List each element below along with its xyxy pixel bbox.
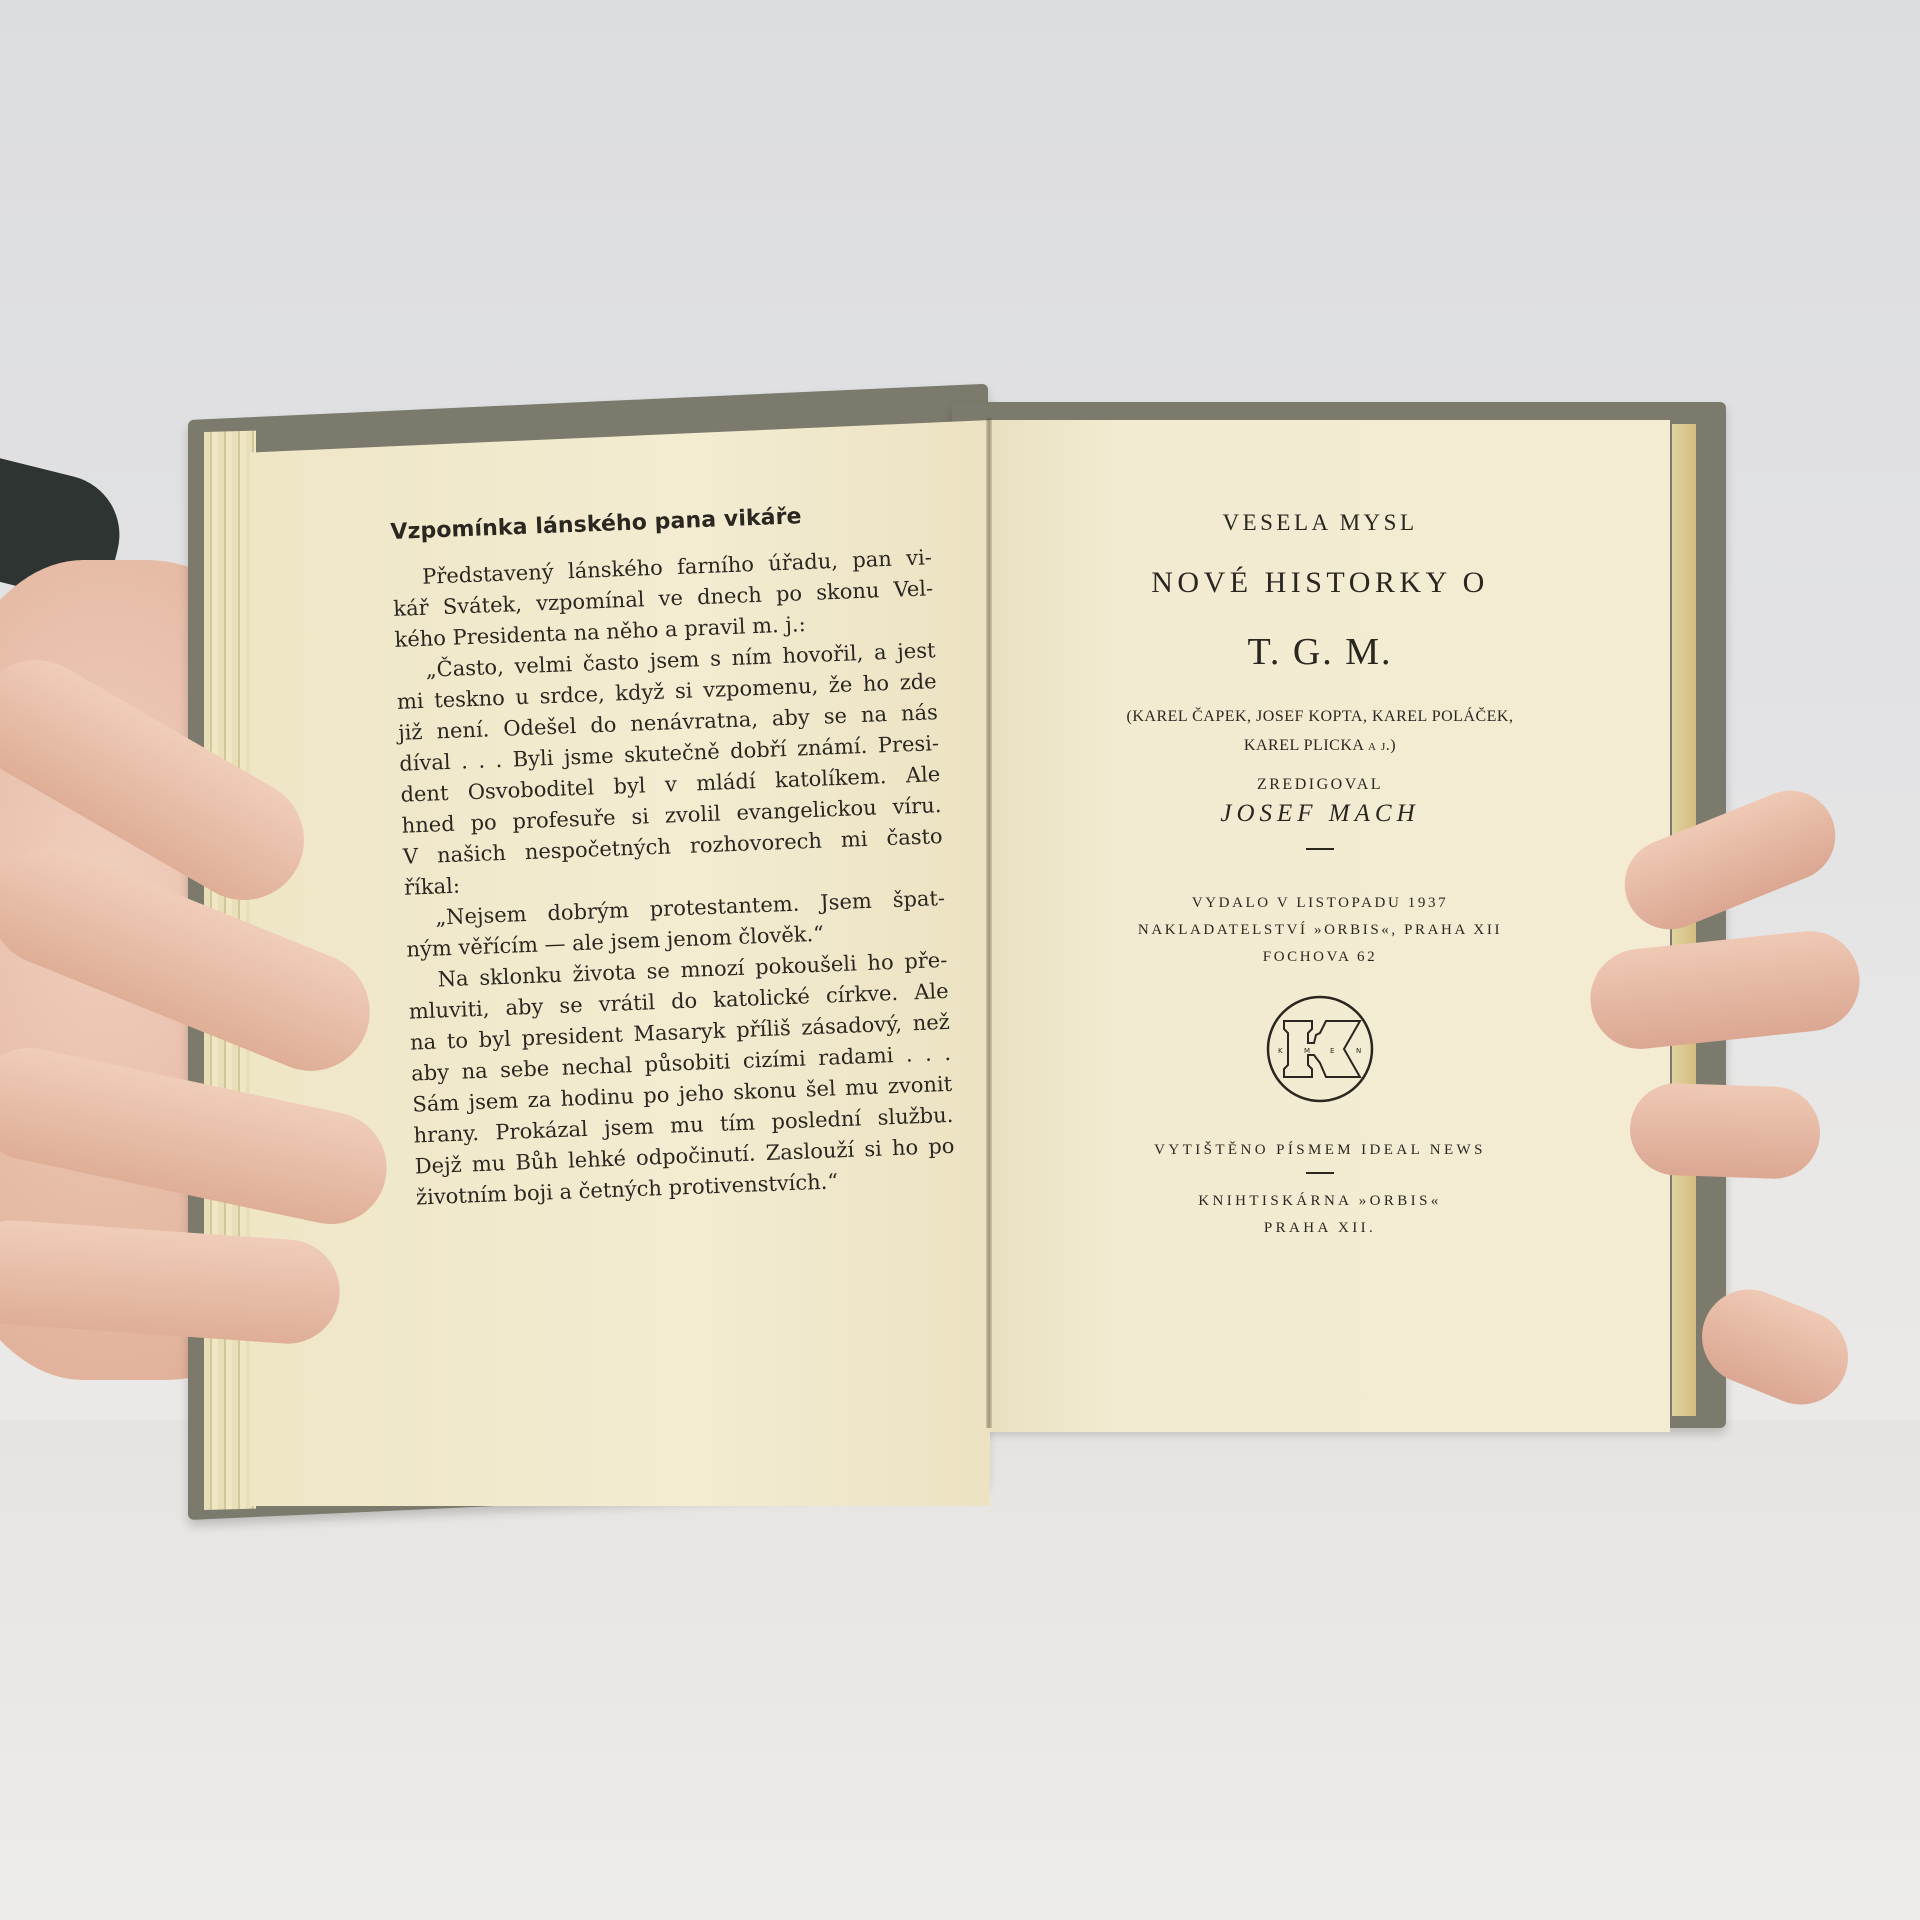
title-page: VESELA MYSL NOVÉ HISTORKY O T. G. M. (KA… (1070, 510, 1570, 1242)
authors: (KAREL ČAPEK, JOSEF KOPTA, KAREL POLÁČEK… (1070, 702, 1570, 760)
imprint-line: VYDALO V LISTOPADU 1937 (1070, 890, 1570, 917)
body-text: Představený lánského farního úřadu, pan … (392, 542, 957, 1213)
editor-name: JOSEF MACH (1070, 800, 1570, 828)
book-title: NOVÉ HISTORKY O (1070, 566, 1570, 600)
svg-text:N: N (1356, 1047, 1361, 1055)
divider (1306, 1172, 1334, 1174)
city-line: PRAHA XII. (1070, 1215, 1570, 1242)
publisher-k-logo-icon: K M E N (1264, 993, 1376, 1105)
svg-text:K: K (1278, 1047, 1283, 1055)
right-finger (1628, 1082, 1821, 1181)
authors-line: KAREL PLICKA a j.) (1070, 731, 1570, 760)
book-subject: T. G. M. (1070, 630, 1570, 674)
imprint-line: NAKLADATELSTVÍ »ORBIS«, PRAHA XII (1070, 917, 1570, 944)
colophon: VYTIŠTĚNO PÍSMEM IDEAL NEWS KNIHTISKÁRNA… (1070, 1137, 1570, 1242)
authors-line: (KAREL ČAPEK, JOSEF KOPTA, KAREL POLÁČEK… (1070, 702, 1570, 731)
book-gutter (986, 418, 992, 1428)
divider (1306, 848, 1334, 850)
imprint-line: FOCHOVA 62 (1070, 944, 1570, 971)
printer-line: KNIHTISKÁRNA »ORBIS« (1070, 1188, 1570, 1215)
typeface-line: VYTIŠTĚNO PÍSMEM IDEAL NEWS (1070, 1137, 1570, 1164)
left-page-text: Vzpomínka lánského pana vikáře Představe… (390, 499, 956, 1213)
series-name: VESELA MYSL (1070, 510, 1570, 536)
svg-text:E: E (1330, 1047, 1334, 1055)
svg-text:M: M (1304, 1047, 1310, 1055)
editor-label: ZREDIGOVAL (1070, 776, 1570, 794)
photo-scene: Vzpomínka lánského pana vikáře Představe… (0, 0, 1920, 1920)
imprint: VYDALO V LISTOPADU 1937 NAKLADATELSTVÍ »… (1070, 890, 1570, 971)
